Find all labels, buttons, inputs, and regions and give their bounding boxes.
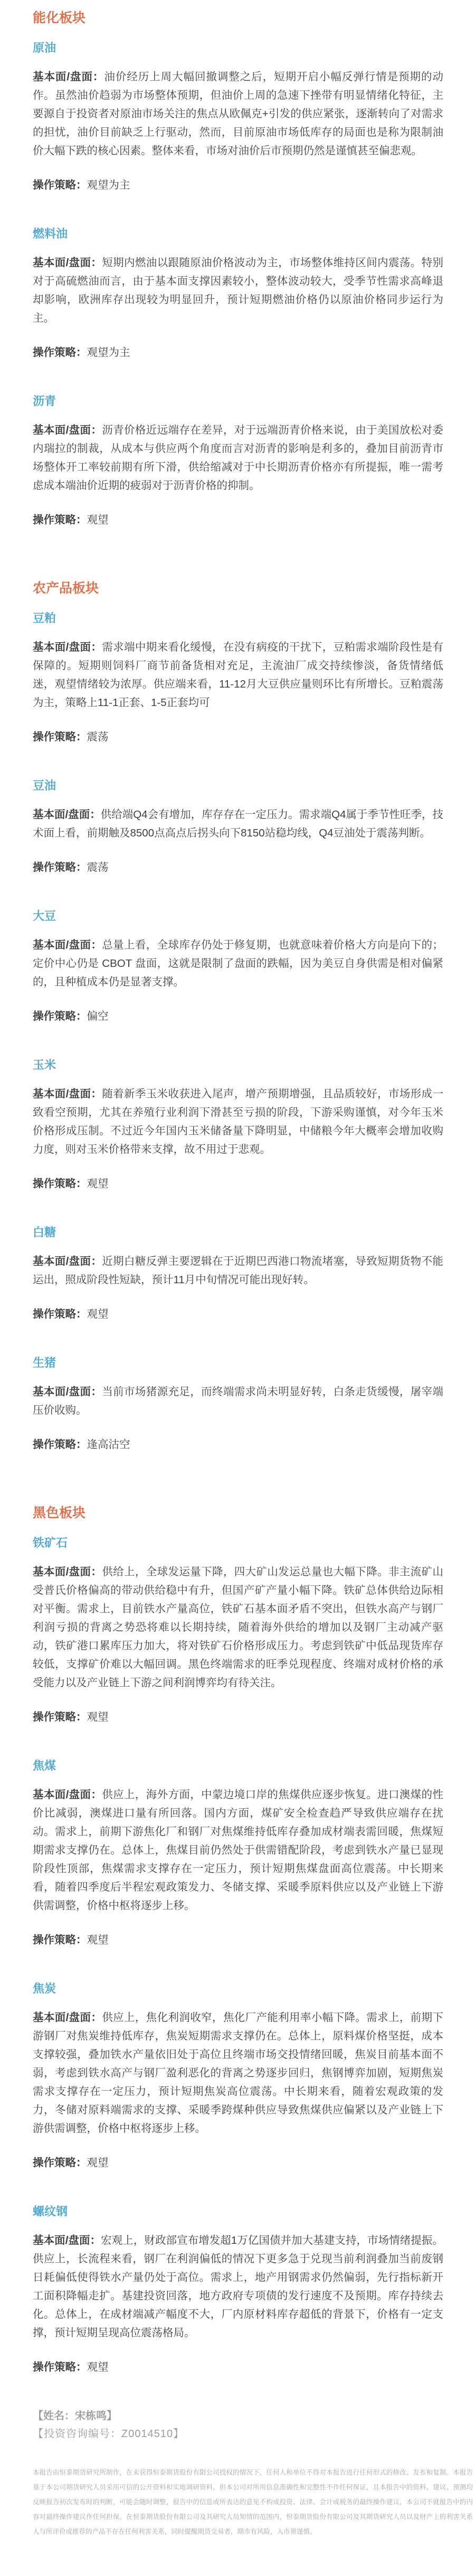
sector-agricultural: 农产品板块 豆粕 基本面/盘面：需求端中期来看化缓慢，在没有病疫的干扰下，豆粕需…	[33, 580, 443, 1454]
sector-energy-chemical: 能化板块 原油 基本面/盘面：油价经历上周大幅回撤调整之后，短期开启小幅反弹行情…	[33, 10, 443, 529]
fundamental-label: 基本面/盘面：	[33, 808, 101, 821]
sector-title: 黑色板块	[33, 1505, 443, 1521]
sector-title: 农产品板块	[33, 580, 443, 597]
commodity-title: 燃料油	[33, 226, 443, 242]
commodity-title: 焦煤	[33, 1758, 443, 1774]
commodity-coke: 焦炭 基本面/盘面：供应上，焦化利润收窄，焦化厂产能利用率小幅下降。需求上，前期…	[33, 1981, 443, 2172]
fundamental-label: 基本面/盘面：	[33, 1566, 102, 1578]
strategy-line: 操作策略：观望	[33, 2154, 443, 2172]
commodity-corn: 玉米 基本面/盘面：随着新季玉米收获进入尾声，增产预期增强，且品质较好，市场形成…	[33, 1057, 443, 1193]
strategy-label: 操作策略：	[33, 1308, 87, 1320]
fundamental-paragraph: 基本面/盘面：供给端Q4会有增加，库存存在一定压力。需求端Q4属于季节性旺季，技…	[33, 805, 443, 842]
strategy-label: 操作策略：	[33, 514, 87, 526]
fundamental-label: 基本面/盘面：	[33, 1255, 102, 1267]
strategy-text: 偏空	[87, 1010, 109, 1022]
commodity-soybean-oil: 豆油 基本面/盘面：供给端Q4会有增加，库存存在一定压力。需求端Q4属于季节性旺…	[33, 778, 443, 877]
strategy-label: 操作策略：	[33, 346, 87, 359]
strategy-text: 观望	[87, 1711, 109, 1723]
commodity-crude-oil: 原油 基本面/盘面：油价经历上周大幅回撤调整之后，短期开启小幅反弹行情是预期的动…	[33, 40, 443, 194]
commodity-title: 沥青	[33, 393, 443, 409]
commodity-live-hog: 生猪 基本面/盘面：当前市场猪源充足，而终端需求尚未明显好转，白条走货缓慢，屠宰…	[33, 1355, 443, 1454]
sector-title: 能化板块	[33, 10, 443, 26]
fundamental-paragraph: 基本面/盘面：总量上看，全球库存仍处于修复期，也就意味着价格大方向是向下的；定价…	[33, 936, 443, 991]
fundamental-paragraph: 基本面/盘面：宏观上，财政部宣布增发超1万亿国债并加大基建支持，市场情绪提振。供…	[33, 2231, 443, 2342]
fundamental-paragraph: 基本面/盘面：需求端中期来看化缓慢，在没有病疫的干扰下，豆粕需求端阶段性是有保障…	[33, 638, 443, 712]
strategy-line: 操作策略：逢高沽空	[33, 1435, 443, 1454]
strategy-line: 操作策略：震荡	[33, 858, 443, 877]
strategy-label: 操作策略：	[33, 731, 87, 743]
commodity-asphalt: 沥青 基本面/盘面：沥青价格近远端存在差异，对于远端沥青价格来说，由于美国放松对…	[33, 393, 443, 529]
fundamental-paragraph: 基本面/盘面：近期白糖反弹主要逻辑在于近期巴西港口物流堵塞，导致短期货物不能运出…	[33, 1252, 443, 1289]
strategy-label: 操作策略：	[33, 1439, 87, 1451]
fundamental-paragraph: 基本面/盘面：当前市场猪源充足，而终端需求尚未明显好转，白条走货缓慢，屠宰端压价…	[33, 1383, 443, 1419]
fundamental-text: 供应上，焦化利润收窄，焦化厂产能利用率小幅下降。需求上，前期下游钢厂对焦炭维持低…	[33, 2011, 443, 2135]
fundamental-paragraph: 基本面/盘面：供给上，全球发运量下降，四大矿山发运总量也大幅下降。非主流矿山受普…	[33, 1563, 443, 1692]
strategy-line: 操作策略：观望为主	[33, 343, 443, 362]
strategy-text: 震荡	[87, 731, 109, 743]
fundamental-label: 基本面/盘面：	[33, 1386, 102, 1398]
commodity-iron-ore: 铁矿石 基本面/盘面：供给上，全球发运量下降，四大矿山发运总量也大幅下降。非主流…	[33, 1535, 443, 1726]
commodity-title: 原油	[33, 40, 443, 56]
commodity-title: 焦炭	[33, 1981, 443, 1997]
strategy-line: 操作策略：观望	[33, 2358, 443, 2376]
sector-ferrous: 黑色板块 铁矿石 基本面/盘面：供给上，全球发运量下降，四大矿山发运总量也大幅下…	[33, 1505, 443, 2376]
strategy-text: 观望	[87, 2157, 109, 2169]
fundamental-label: 基本面/盘面：	[33, 641, 102, 653]
advisor-number: 【投资咨询编号：Z0014510】	[33, 2425, 443, 2443]
strategy-label: 操作策略：	[33, 861, 87, 873]
fundamental-label: 基本面/盘面：	[33, 2011, 102, 2024]
strategy-text: 观望为主	[87, 179, 130, 191]
fundamental-paragraph: 基本面/盘面：供应上，焦化利润收窄，焦化厂产能利用率小幅下降。需求上，前期下游钢…	[33, 2008, 443, 2138]
commodity-title: 大豆	[33, 908, 443, 924]
strategy-line: 操作策略：偏空	[33, 1007, 443, 1026]
strategy-text: 观望	[87, 2361, 109, 2373]
strategy-text: 观望	[87, 514, 109, 526]
fundamental-text: 供给上，全球发运量下降，四大矿山发运总量也大幅下降。非主流矿山受普氏价格偏高的带…	[33, 1566, 443, 1689]
fundamental-text: 宏观上，财政部宣布增发超1万亿国债并加大基建支持，市场情绪提振。供应上，长流程来…	[33, 2234, 443, 2339]
analyst-name: 【姓名：宋栋鸣】	[33, 2407, 443, 2425]
strategy-line: 操作策略：震荡	[33, 728, 443, 746]
fundamental-label: 基本面/盘面：	[33, 1789, 102, 1801]
fundamental-paragraph: 基本面/盘面：沥青价格近远端存在差异，对于远端沥青价格来说，由于美国放松对委内瑞…	[33, 421, 443, 495]
report-page: 能化板块 原油 基本面/盘面：油价经历上周大幅回撤调整之后，短期开启小幅反弹行情…	[0, 10, 476, 2576]
fundamental-paragraph: 基本面/盘面：供应上，海外方面，中蒙边境口岸的焦煤供应逐步恢复。进口澳煤的性价比…	[33, 1785, 443, 1915]
strategy-text: 观望	[87, 1934, 109, 1946]
fundamental-label: 基本面/盘面：	[33, 257, 102, 269]
fundamental-label: 基本面/盘面：	[33, 2234, 101, 2246]
commodity-sugar: 白糖 基本面/盘面：近期白糖反弹主要逻辑在于近期巴西港口物流堵塞，导致短期货物不…	[33, 1225, 443, 1323]
strategy-line: 操作策略：观望为主	[33, 176, 443, 194]
commodity-soybean: 大豆 基本面/盘面：总量上看，全球库存仍处于修复期，也就意味着价格大方向是向下的…	[33, 908, 443, 1026]
strategy-text: 观望为主	[87, 346, 130, 359]
fundamental-label: 基本面/盘面：	[33, 424, 102, 436]
fundamental-label: 基本面/盘面：	[33, 71, 104, 83]
commodity-title: 白糖	[33, 1225, 443, 1240]
strategy-label: 操作策略：	[33, 1934, 87, 1946]
strategy-line: 操作策略：观望	[33, 1708, 443, 1726]
commodity-title: 豆油	[33, 778, 443, 794]
commodity-title: 生猪	[33, 1355, 443, 1371]
fundamental-label: 基本面/盘面：	[33, 939, 102, 951]
strategy-label: 操作策略：	[33, 1711, 87, 1723]
fundamental-paragraph: 基本面/盘面：随着新季玉米收获进入尾声，增产预期增强，且品质较好，市场形成一致看…	[33, 1085, 443, 1159]
strategy-line: 操作策略：观望	[33, 1174, 443, 1193]
strategy-text: 观望	[87, 1178, 109, 1190]
commodity-title: 螺纹钢	[33, 2204, 443, 2220]
strategy-line: 操作策略：观望	[33, 511, 443, 529]
commodity-soybean-meal: 豆粕 基本面/盘面：需求端中期来看化缓慢，在没有病疫的干扰下，豆粕需求端阶段性是…	[33, 610, 443, 746]
commodity-coking-coal: 焦煤 基本面/盘面：供应上，海外方面，中蒙边境口岸的焦煤供应逐步恢复。进口澳煤的…	[33, 1758, 443, 1949]
strategy-text: 震荡	[87, 861, 109, 873]
strategy-label: 操作策略：	[33, 179, 87, 191]
strategy-text: 观望	[87, 1308, 109, 1320]
fundamental-paragraph: 基本面/盘面：油价经历上周大幅回撤调整之后，短期开启小幅反弹行情是预期的动作。虽…	[33, 68, 443, 160]
strategy-line: 操作策略：观望	[33, 1305, 443, 1323]
strategy-label: 操作策略：	[33, 1010, 87, 1022]
fundamental-text: 油价经历上周大幅回撤调整之后，短期开启小幅反弹行情是预期的动作。虽然油价趋弱为市…	[33, 71, 443, 157]
strategy-label: 操作策略：	[33, 1178, 87, 1190]
report-footer: 【姓名：宋栋鸣】 【投资咨询编号：Z0014510】 本报告由恒泰期货研究所制作…	[33, 2407, 443, 2539]
strategy-label: 操作策略：	[33, 2157, 87, 2169]
commodity-title: 玉米	[33, 1057, 443, 1073]
commodity-title: 铁矿石	[33, 1535, 443, 1551]
disclaimer-text: 本报告由恒泰期货研究所制作，在未获得恒泰期货股份有限公司授权的情况下，任何人和单…	[33, 2465, 473, 2539]
commodity-fuel-oil: 燃料油 基本面/盘面：短期内燃油以跟随原油价格波动为主，市场整体维持区间内震荡。…	[33, 226, 443, 362]
fundamental-text: 供应上，海外方面，中蒙边境口岸的焦煤供应逐步恢复。进口澳煤的性价比减弱，澳煤进口…	[33, 1789, 443, 1912]
strategy-line: 操作策略：观望	[33, 1931, 443, 1949]
commodity-title: 豆粕	[33, 610, 443, 626]
strategy-text: 逢高沽空	[87, 1439, 130, 1451]
fundamental-paragraph: 基本面/盘面：短期内燃油以跟随原油价格波动为主，市场整体维持区间内震荡。特别对于…	[33, 253, 443, 327]
fundamental-label: 基本面/盘面：	[33, 1088, 102, 1100]
strategy-label: 操作策略：	[33, 2361, 87, 2373]
commodity-rebar: 螺纹钢 基本面/盘面：宏观上，财政部宣布增发超1万亿国债并加大基建支持，市场情绪…	[33, 2204, 443, 2376]
